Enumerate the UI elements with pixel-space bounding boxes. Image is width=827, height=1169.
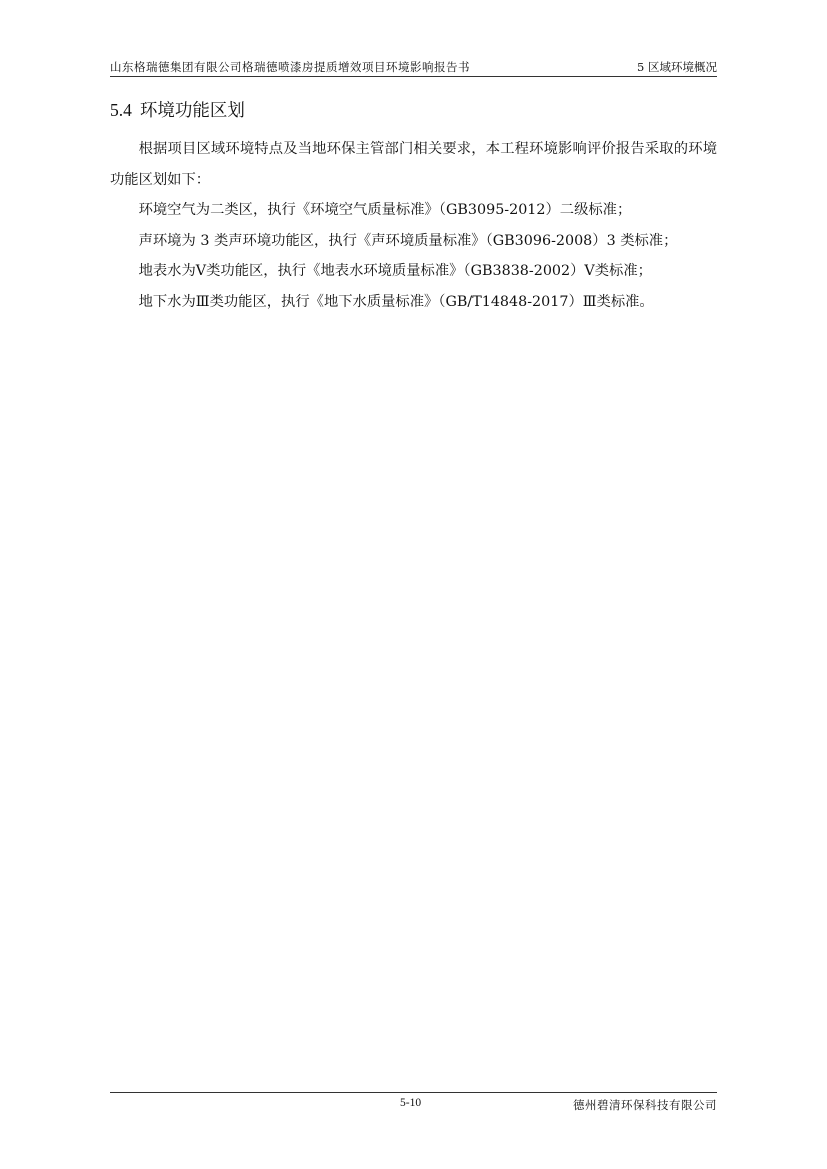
paragraph-noise: 声环境为 3 类声环境功能区，执行《声环境质量标准》（GB3096-2008）3… bbox=[110, 226, 717, 257]
section-number: 5.4 bbox=[110, 100, 132, 120]
section-title: 环境功能区划 bbox=[140, 101, 245, 121]
header-report-title: 山东格瑞德集团有限公司格瑞德喷漆房提质增效项目环境影响报告书 bbox=[110, 60, 470, 74]
page-footer: 5-10 德州碧清环保科技有限公司 bbox=[110, 1092, 717, 1093]
section-heading: 5.4环境功能区划 bbox=[110, 98, 245, 123]
header-chapter-title: 5 区域环境概况 bbox=[637, 60, 717, 74]
paragraph-air: 环境空气为二类区，执行《环境空气质量标准》（GB3095-2012）二级标准； bbox=[110, 195, 717, 226]
page-header: 山东格瑞德集团有限公司格瑞德喷漆房提质增效项目环境影响报告书 5 区域环境概况 bbox=[110, 60, 717, 77]
paragraph-groundwater: 地下水为Ⅲ类功能区，执行《地下水质量标准》（GB/T14848-2017）Ⅲ类标… bbox=[110, 287, 717, 318]
page-number: 5-10 bbox=[400, 1097, 421, 1109]
footer-company: 德州碧清环保科技有限公司 bbox=[573, 1097, 717, 1113]
paragraph-intro: 根据项目区域环境特点及当地环保主管部门相关要求，本工程环境影响评价报告采取的环境… bbox=[110, 134, 717, 195]
paragraph-surface-water: 地表水为Ⅴ类功能区，执行《地表水环境质量标准》（GB3838-2002）Ⅴ类标准… bbox=[110, 256, 717, 287]
document-body: 根据项目区域环境特点及当地环保主管部门相关要求，本工程环境影响评价报告采取的环境… bbox=[110, 134, 717, 317]
